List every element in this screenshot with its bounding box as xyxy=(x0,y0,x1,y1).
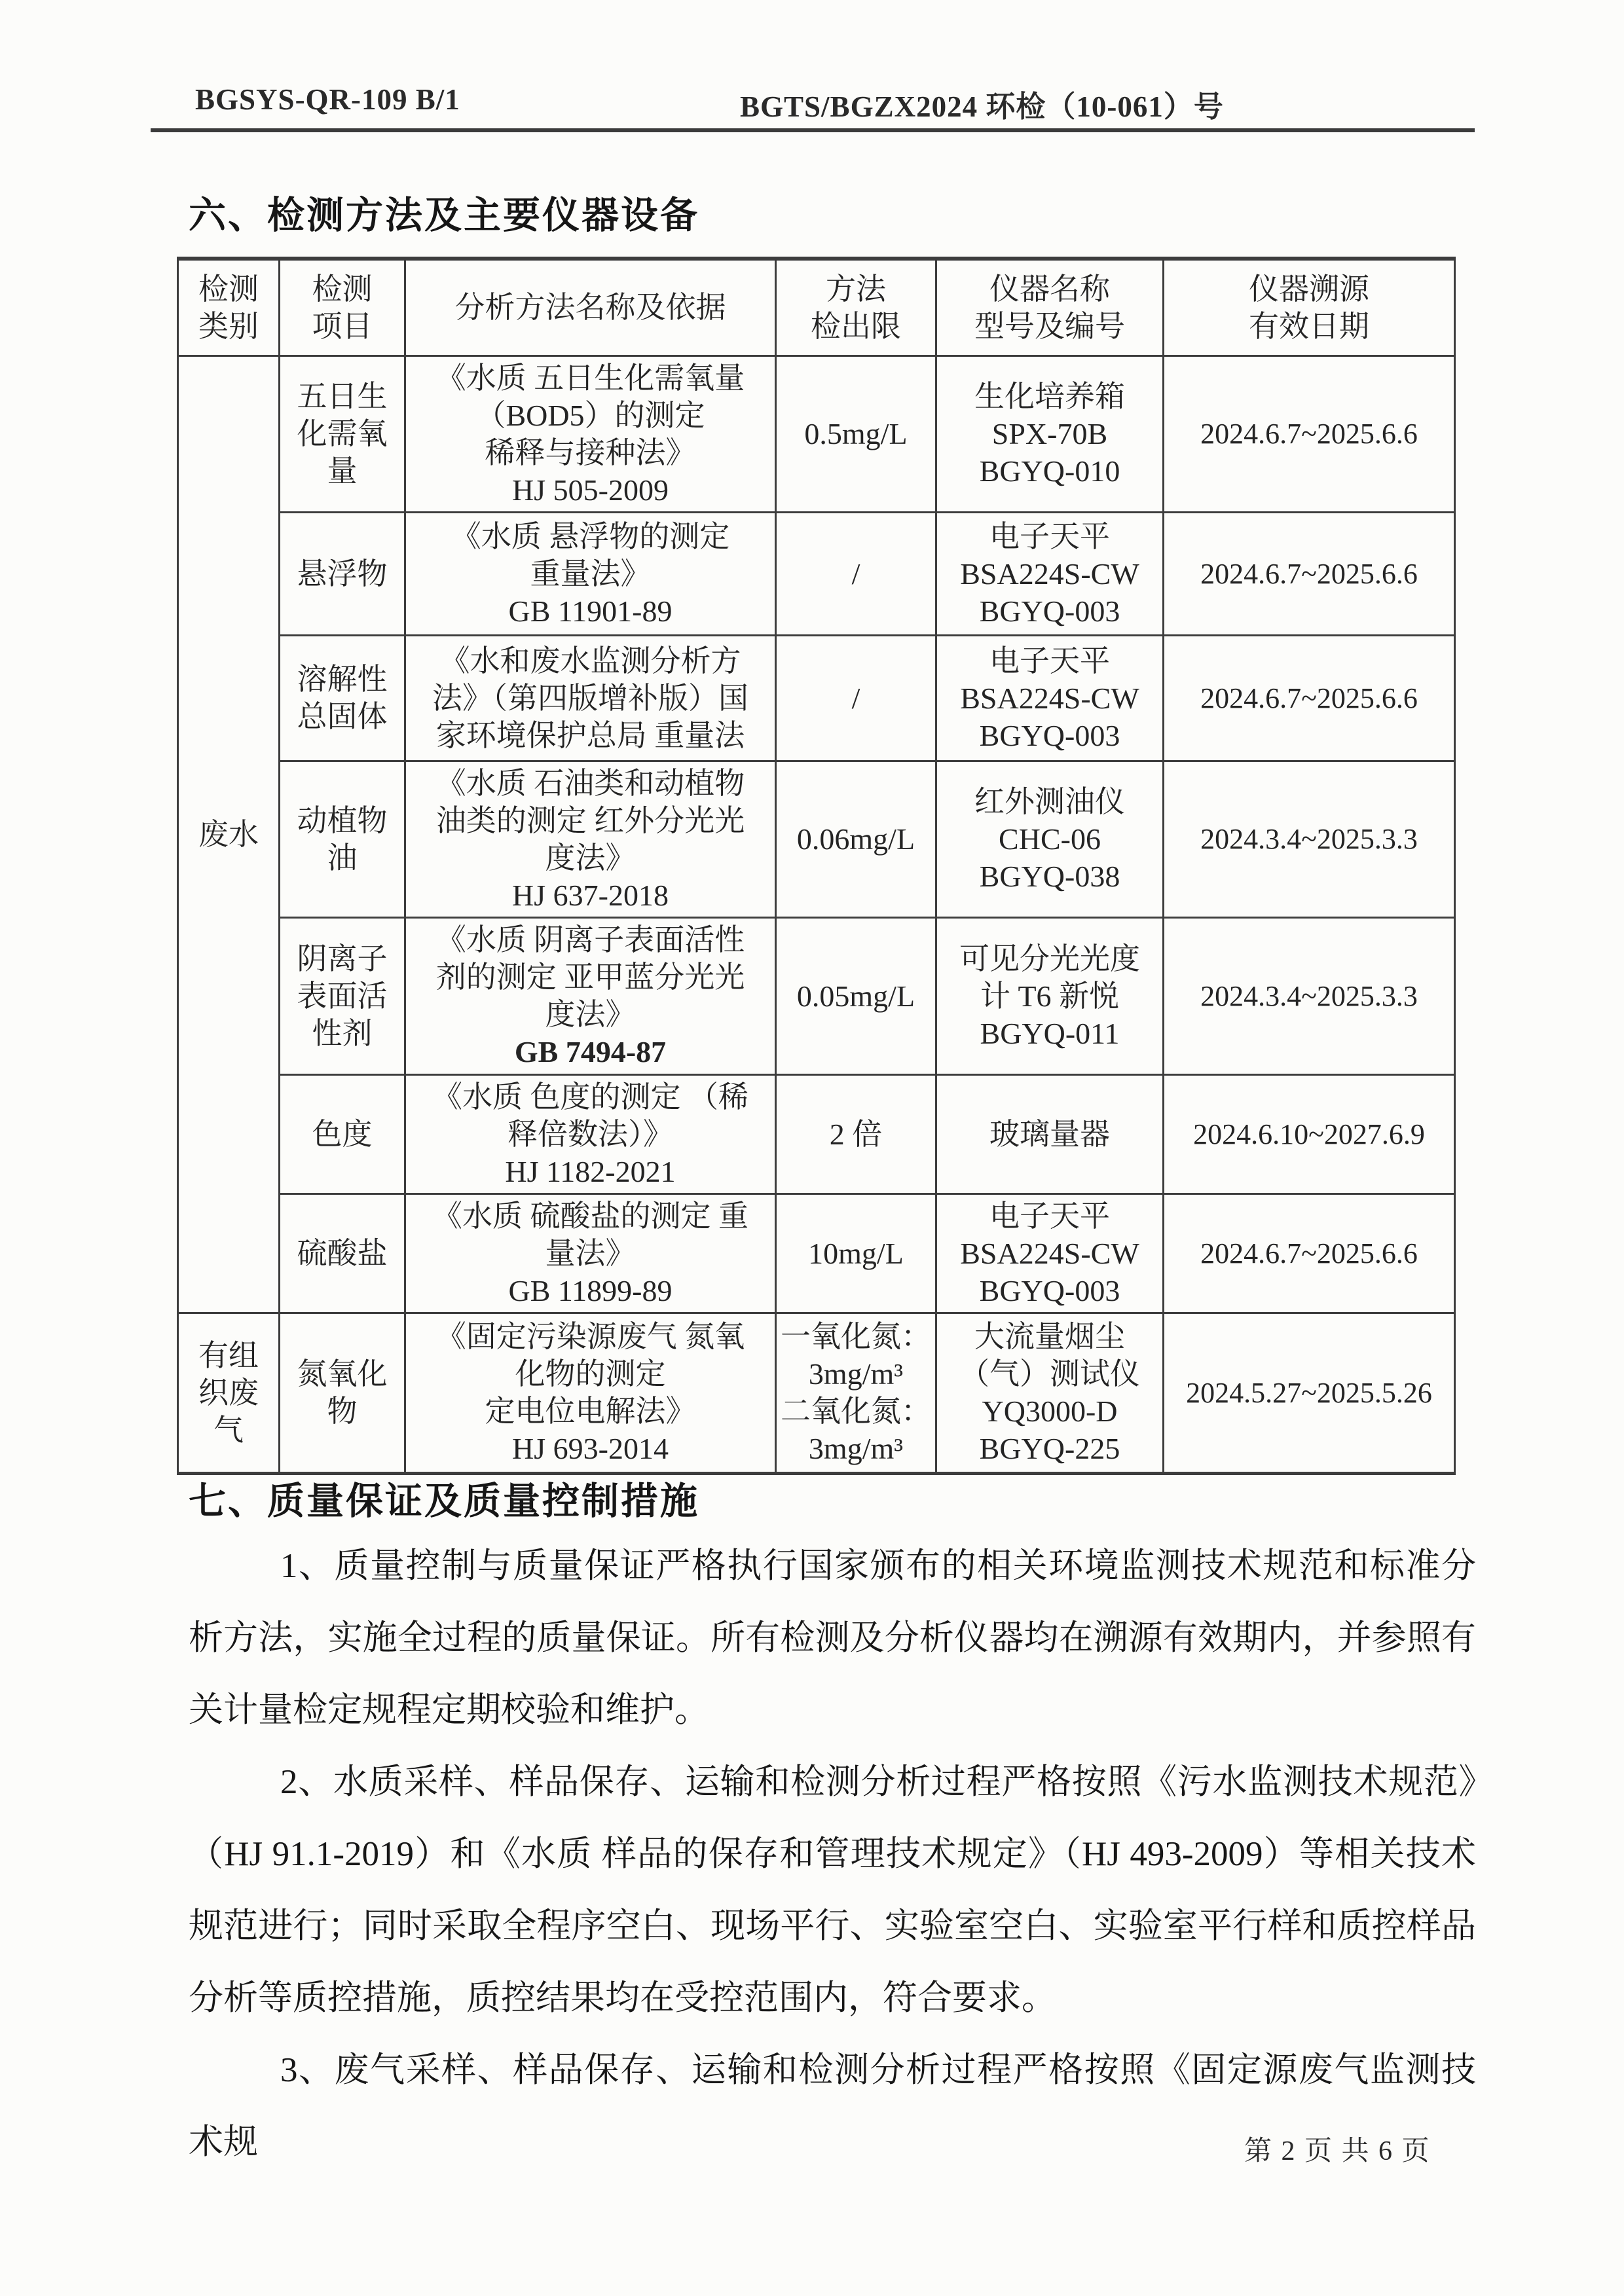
page-number: 第 2 页 共 6 页 xyxy=(1244,2129,1431,2168)
header-document-code: BGSYS-QR-109 B/1 xyxy=(195,82,460,117)
section7-body: 1、质量控制与质量保证严格执行国家颁布的相关环境监测技术规范和标准分析方法，实施… xyxy=(189,1530,1476,2178)
cell-instrument: 电子天平BSA224S-CWBGYQ-003 xyxy=(936,512,1164,635)
column-header: 检测类别 xyxy=(178,259,280,355)
cell-detection-limit: / xyxy=(776,635,936,761)
section7-title: 七、质量保证及质量控制措施 xyxy=(189,1471,699,1525)
column-header: 仪器名称型号及编号 xyxy=(936,259,1164,355)
table-row: 溶解性总固体《水和废水监测分析方法》（第四版增补版）国家环境保护总局 重量法/电… xyxy=(178,635,1455,761)
column-header: 仪器溯源有效日期 xyxy=(1164,259,1455,355)
cell-item: 色度 xyxy=(280,1074,405,1194)
section6-title: 六、检测方法及主要仪器设备 xyxy=(189,185,699,239)
cell-traceability-date: 2024.6.7~2025.6.6 xyxy=(1164,355,1455,512)
cell-method: 《水质 硫酸盐的测定 重量法》GB 11899-89 xyxy=(405,1194,776,1313)
cell-traceability-date: 2024.6.10~2027.6.9 xyxy=(1164,1074,1455,1194)
cell-detection-limit: 一氧化氮：3mg/m³二氧化氮：3mg/m³ xyxy=(776,1313,936,1473)
cell-detection-limit: 0.5mg/L xyxy=(776,355,936,512)
cell-item: 阴离子表面活性剂 xyxy=(280,917,405,1074)
table-header-row: 检测类别检测项目分析方法名称及依据方法检出限仪器名称型号及编号仪器溯源有效日期 xyxy=(178,259,1455,355)
paragraph-quality-control-2: 2、水质采样、样品保存、运输和检测分析过程严格按照《污水监测技术规范》（HJ 9… xyxy=(189,1746,1476,2034)
cell-instrument: 电子天平BSA224S-CWBGYQ-003 xyxy=(936,1194,1164,1313)
cell-item: 硫酸盐 xyxy=(280,1194,405,1313)
cell-method: 《水质 色度的测定 （稀释倍数法）》HJ 1182-2021 xyxy=(405,1074,776,1194)
cell-category: 有组织废气 xyxy=(178,1313,280,1473)
cell-method: 《固定污染源废气 氮氧化物的测定定电位电解法》HJ 693-2014 xyxy=(405,1313,776,1473)
header-report-number: BGTS/BGZX2024 环检（10-061）号 xyxy=(740,82,1224,125)
table-body: 废水五日生化需氧量《水质 五日生化需氧量（BOD5）的测定稀释与接种法》HJ 5… xyxy=(178,355,1455,1473)
cell-detection-limit: 0.05mg/L xyxy=(776,917,936,1074)
cell-method: 《水质 悬浮物的测定重量法》GB 11901-89 xyxy=(405,512,776,635)
cell-traceability-date: 2024.3.4~2025.3.3 xyxy=(1164,917,1455,1074)
cell-instrument: 大流量烟尘（气）测试仪YQ3000-DBGYQ-225 xyxy=(936,1313,1164,1473)
table-row: 悬浮物《水质 悬浮物的测定重量法》GB 11901-89/电子天平BSA224S… xyxy=(178,512,1455,635)
table-row: 硫酸盐《水质 硫酸盐的测定 重量法》GB 11899-8910mg/L电子天平B… xyxy=(178,1194,1455,1313)
cell-detection-limit: 2 倍 xyxy=(776,1074,936,1194)
cell-item: 氮氧化物 xyxy=(280,1313,405,1473)
table-row: 动植物油《水质 石油类和动植物油类的测定 红外分光光度法》HJ 637-2018… xyxy=(178,761,1455,917)
column-header: 方法检出限 xyxy=(776,259,936,355)
cell-traceability-date: 2024.6.7~2025.6.6 xyxy=(1164,635,1455,761)
cell-traceability-date: 2024.6.7~2025.6.6 xyxy=(1164,512,1455,635)
detection-methods-table: 检测类别检测项目分析方法名称及依据方法检出限仪器名称型号及编号仪器溯源有效日期 … xyxy=(177,257,1456,1475)
cell-item: 五日生化需氧量 xyxy=(280,355,405,512)
cell-method: 《水质 阴离子表面活性剂的测定 亚甲蓝分光光度法》GB 7494-87 xyxy=(405,917,776,1074)
cell-item: 溶解性总固体 xyxy=(280,635,405,761)
cell-instrument: 可见分光光度计 T6 新悦BGYQ-011 xyxy=(936,917,1164,1074)
cell-detection-limit: / xyxy=(776,512,936,635)
cell-instrument: 电子天平BSA224S-CWBGYQ-003 xyxy=(936,635,1164,761)
cell-instrument: 玻璃量器 xyxy=(936,1074,1164,1194)
table-header: 检测类别检测项目分析方法名称及依据方法检出限仪器名称型号及编号仪器溯源有效日期 xyxy=(178,259,1455,355)
cell-instrument: 生化培养箱SPX-70BBGYQ-010 xyxy=(936,355,1164,512)
table-row: 有组织废气氮氧化物《固定污染源废气 氮氧化物的测定定电位电解法》HJ 693-2… xyxy=(178,1313,1455,1473)
column-header: 检测项目 xyxy=(280,259,405,355)
cell-item: 动植物油 xyxy=(280,761,405,917)
cell-item: 悬浮物 xyxy=(280,512,405,635)
document-page: BGSYS-QR-109 B/1 BGTS/BGZX2024 环检（10-061… xyxy=(0,0,1624,2296)
header-divider xyxy=(151,128,1475,132)
cell-detection-limit: 10mg/L xyxy=(776,1194,936,1313)
cell-category: 废水 xyxy=(178,355,280,1313)
cell-traceability-date: 2024.6.7~2025.6.6 xyxy=(1164,1194,1455,1313)
cell-detection-limit: 0.06mg/L xyxy=(776,761,936,917)
cell-method: 《水质 石油类和动植物油类的测定 红外分光光度法》HJ 637-2018 xyxy=(405,761,776,917)
cell-method: 《水质 五日生化需氧量（BOD5）的测定稀释与接种法》HJ 505-2009 xyxy=(405,355,776,512)
cell-instrument: 红外测油仪CHC-06BGYQ-038 xyxy=(936,761,1164,917)
cell-method: 《水和废水监测分析方法》（第四版增补版）国家环境保护总局 重量法 xyxy=(405,635,776,761)
cell-traceability-date: 2024.3.4~2025.3.3 xyxy=(1164,761,1455,917)
table-row: 色度《水质 色度的测定 （稀释倍数法）》HJ 1182-20212 倍玻璃量器2… xyxy=(178,1074,1455,1194)
column-header: 分析方法名称及依据 xyxy=(405,259,776,355)
paragraph-quality-control-1: 1、质量控制与质量保证严格执行国家颁布的相关环境监测技术规范和标准分析方法，实施… xyxy=(189,1530,1476,1746)
table-row: 废水五日生化需氧量《水质 五日生化需氧量（BOD5）的测定稀释与接种法》HJ 5… xyxy=(178,355,1455,512)
table-row: 阴离子表面活性剂《水质 阴离子表面活性剂的测定 亚甲蓝分光光度法》GB 7494… xyxy=(178,917,1455,1074)
cell-traceability-date: 2024.5.27~2025.5.26 xyxy=(1164,1313,1455,1473)
